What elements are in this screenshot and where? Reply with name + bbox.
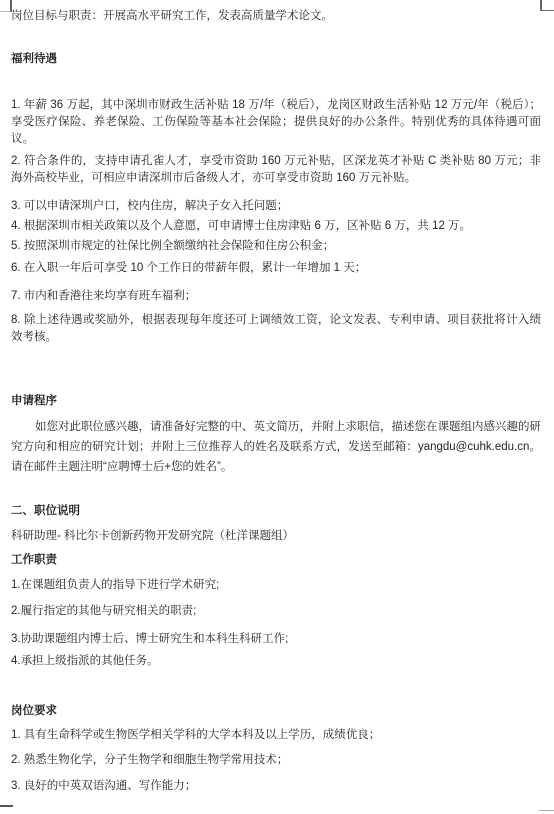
position-objective-line: 岗位目标与职责：开展高水平研究工作，发表高质量学术论文。 [11,8,541,25]
duty-item-3: 3.协助课题组内博士后、博士研究生和本科生科研工作; [11,631,541,648]
requirement-item-2: 2. 熟悉生物化学，分子生物学和细胞生物学常用技术； [11,752,541,769]
benefit-item-4: 4. 根据深圳市相关政策以及个人意愿，可申请博士住房津贴 6 万，区补贴 6 万… [11,218,541,235]
document-page: 岗位目标与职责：开展高水平研究工作，发表高质量学术论文。 福利待遇 1. 年薪 … [0,0,554,814]
duties-heading: 工作职责 [11,552,541,569]
benefit-item-7: 7. 市内和香港往来均享有班车福利； [11,288,541,305]
benefit-item-1: 1. 年薪 36 万起，其中深圳市财政生活补贴 18 万/年（税后），龙岗区财政… [11,97,541,148]
duty-item-4: 4.承担上级指派的其他任务。 [11,653,541,670]
benefits-heading: 福利待遇 [11,51,541,68]
requirement-item-3: 3. 良好的中英双语沟通、写作能力； [11,778,541,795]
application-procedure-heading: 申请程序 [11,393,541,410]
duty-item-2: 2.履行指定的其他与研究相关的职责; [11,603,541,620]
benefit-item-3: 3. 可以申请深圳户口，校内住房，解决子女入托问题； [11,198,541,215]
benefit-item-2: 2. 符合条件的，支持申请孔雀人才，享受市资助 160 万元补贴，区深龙英才补贴… [11,153,541,187]
margin-crop-mark-top-right-horizontal [540,10,554,11]
benefit-item-8: 8. 除上述待遇或奖励外，根据表现每年度还可上调绩效工资，论文发表、专利申请、项… [11,312,541,346]
requirements-heading: 岗位要求 [11,703,541,720]
position-subtitle: 科研助理- 科比尔卡创新药物开发研究院（杜洋课题组） [11,528,541,545]
duty-item-1: 1.在课题组负责人的指导下进行学术研究; [11,577,541,594]
margin-crop-mark-bottom-left [0,805,13,807]
requirement-item-1: 1. 具有生命科学或生物医学相关学科的大学本科及以上学历，成绩优良； [11,727,541,744]
margin-crop-mark-bottom-right [539,810,554,811]
benefit-item-5: 5. 按照深圳市规定的社保比例全额缴纳社会保险和住房公积金； [11,238,541,255]
application-procedure-paragraph: 如您对此职位感兴趣，请准备好完整的中、英文简历，并附上求职信，描述您在课题组内感… [11,417,541,477]
section-2-heading: 二、职位说明 [11,503,541,520]
document-content: 岗位目标与职责：开展高水平研究工作，发表高质量学术论文。 福利待遇 1. 年薪 … [11,0,541,795]
benefit-item-6: 6. 在入职一年后可享受 10 个工作日的带薪年假，累计一年增加 1 天； [11,260,541,277]
margin-crop-mark-top-left-horizontal [0,11,10,12]
